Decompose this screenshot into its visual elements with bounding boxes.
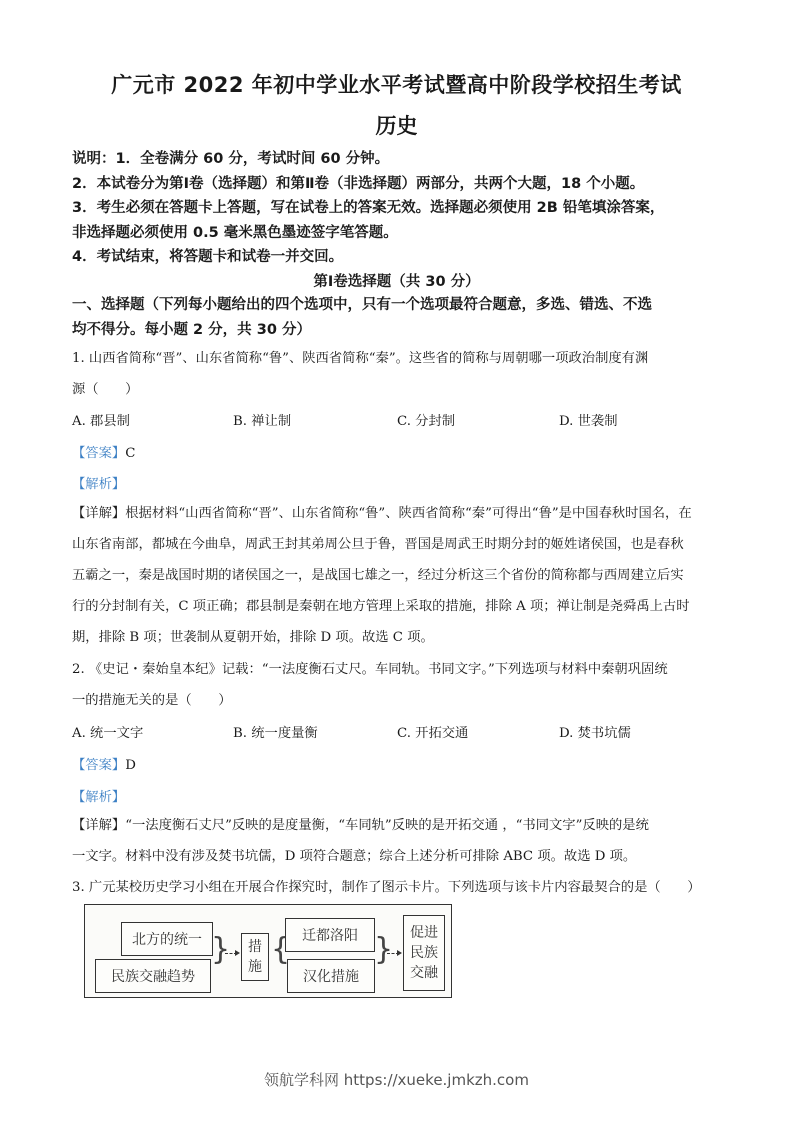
question-1-detail: 【详解】根据材料“山西省简称“晋”、山东省简称“鲁”、陕西省简称“秦”可得出“鲁… <box>72 498 722 653</box>
arrow-icon <box>387 953 399 954</box>
exam-subject: 历史 <box>0 110 793 140</box>
analysis-label: 【解析】 <box>72 477 125 492</box>
question-2-options: A. 统一文字 B. 统一度量衡 C. 开拓交通 D. 焚书坑儒 <box>72 722 732 742</box>
question-2-detail: 【详解】“一法度衡石丈尺”反映的是度量衡，“车同轨”反映的是开拓交通 ，“书同文… <box>72 810 722 872</box>
note-line: 非选择题必须使用 0.5 毫米黑色墨迹签字笔答题。 <box>72 221 664 246</box>
detail-line: 行的分封制有关，C 项正确；郡县制是秦朝在地方管理上采取的措施，排除 A 项；禅… <box>72 591 722 622</box>
diagram-text: 汉化措施 <box>303 966 359 986</box>
brace-icon: } <box>211 935 230 965</box>
detail-line: 山东省南部，都城在今曲阜，周武王封其弟周公旦于鲁，晋国是周武王时期分封的姬姓诸侯… <box>72 529 722 560</box>
diagram-box-northern-unification: 北方的统一 <box>121 922 213 956</box>
note-line: 2．本试卷分为第Ⅰ卷（选择题）和第Ⅱ卷（非选择题）两部分，共两个大题，18 个小… <box>72 172 664 197</box>
brace-icon: } <box>374 935 393 965</box>
detail-line: 【详解】根据材料“山西省简称“晋”、山东省简称“鲁”、陕西省简称“秦”可得出“鲁… <box>72 498 722 529</box>
diagram-box-ethnic-integration-trend: 民族交融趋势 <box>95 959 211 993</box>
detail-line: 期，排除 B 项；世袭制从夏朝开始，排除 D 项。故选 C 项。 <box>72 622 722 653</box>
option-d: D. 焚书坑儒 <box>559 722 631 741</box>
diagram-text: 措 施 <box>248 937 262 977</box>
stem-line: 1. 山西省简称“晋”、山东省简称“鲁”、陕西省简称“秦”。这些省的简称与周朝哪… <box>72 343 722 374</box>
note-line: 4．考试结束，将答题卡和试卷一并交回。 <box>72 245 664 270</box>
exam-page: 广元市 2022 年初中学业水平考试暨高中阶段学校招生考试 历史 说明：1．全卷… <box>0 0 793 1122</box>
diagram-text: 迁都洛阳 <box>302 925 358 945</box>
analysis-label: 【解析】 <box>72 790 125 805</box>
stem-line: 3. 广元某校历史学习小组在开展合作探究时，制作了图示卡片。下列选项与该卡片内容… <box>72 872 722 903</box>
note-line: 说明：1．全卷满分 60 分，考试时间 60 分钟。 <box>72 147 664 172</box>
char: 民族 <box>410 943 438 963</box>
char: 措 <box>248 937 262 957</box>
question-3-diagram: 北方的统一 民族交融趋势 } 措 施 { 迁都洛阳 汉化措施 } 促进 民族 交… <box>84 904 452 998</box>
question-2-analysis-label: 【解析】 <box>72 786 125 805</box>
stem-line: 一的措施无关的是（ ） <box>72 685 722 716</box>
option-c: C. 开拓交通 <box>397 722 468 741</box>
char: 施 <box>248 957 262 977</box>
note-line: 3．考生必须在答题卡上答题，写在试卷上的答案无效。选择题必须使用 2B 铅笔填涂… <box>72 196 664 221</box>
detail-line: 五霸之一，秦是战国时期的诸侯国之一，是战国七雄之一，经过分析这三个省份的简称都与… <box>72 560 722 591</box>
detail-label: 【详解】 <box>72 506 125 521</box>
option-d: D. 世袭制 <box>559 410 618 429</box>
option-a: A. 统一文字 <box>72 722 143 741</box>
question-2-answer: 【答案】D <box>72 754 136 773</box>
detail-line: 一文字。材料中没有涉及焚书坑儒，D 项符合题意；综合上述分析可排除 ABC 项。… <box>72 841 722 872</box>
question-1-options: A. 郡县制 B. 禅让制 C. 分封制 D. 世袭制 <box>72 410 732 430</box>
instruction-line: 一、选择题（下列每小题给出的四个选项中，只有一个选项最符合题意，多选、错选、不选 <box>72 293 652 318</box>
option-c: C. 分封制 <box>397 410 455 429</box>
exam-title: 广元市 2022 年初中学业水平考试暨高中阶段学校招生考试 <box>0 69 793 99</box>
answer-value: D <box>125 758 136 773</box>
option-b: B. 禅让制 <box>233 410 291 429</box>
question-1-stem: 1. 山西省简称“晋”、山东省简称“鲁”、陕西省简称“秦”。这些省的简称与周朝哪… <box>72 343 722 405</box>
instruction-line: 均不得分。每小题 2 分，共 30 分） <box>72 318 652 343</box>
stem-line: 源（ ） <box>72 374 722 405</box>
diagram-text: 促进 民族 交融 <box>410 923 438 983</box>
diagram-box-move-capital: 迁都洛阳 <box>285 918 375 952</box>
char: 促进 <box>410 923 438 943</box>
diagram-box-sinicization: 汉化措施 <box>287 959 375 993</box>
diagram-text: 北方的统一 <box>132 929 202 949</box>
question-1-answer: 【答案】C <box>72 442 135 461</box>
detail-label: 【详解】 <box>72 818 125 833</box>
answer-value: C <box>125 446 135 461</box>
arrow-icon <box>225 953 237 954</box>
answer-label: 【答案】 <box>72 758 125 773</box>
option-b: B. 统一度量衡 <box>233 722 318 741</box>
section-instructions: 一、选择题（下列每小题给出的四个选项中，只有一个选项最符合题意，多选、错选、不选… <box>72 293 652 343</box>
char: 交融 <box>410 963 438 983</box>
diagram-box-measures: 措 施 <box>241 933 269 981</box>
question-2-stem: 2. 《史记・秦始皇本纪》记载：“一法度衡石丈尺。车同轨。书同文字。”下列选项与… <box>72 654 722 716</box>
exam-notes: 说明：1．全卷满分 60 分，考试时间 60 分钟。 2．本试卷分为第Ⅰ卷（选择… <box>72 147 664 270</box>
stem-line: 2. 《史记・秦始皇本纪》记载：“一法度衡石丈尺。车同轨。书同文字。”下列选项与… <box>72 654 722 685</box>
answer-label: 【答案】 <box>72 446 125 461</box>
question-3-stem: 3. 广元某校历史学习小组在开展合作探究时，制作了图示卡片。下列选项与该卡片内容… <box>72 872 722 903</box>
option-a: A. 郡县制 <box>72 410 130 429</box>
footer-watermark: 领航学科网 https://xueke.jmkzh.com <box>0 1069 793 1090</box>
detail-line: 【详解】“一法度衡石丈尺”反映的是度量衡，“车同轨”反映的是开拓交通 ，“书同文… <box>72 810 722 841</box>
detail-text: 根据材料“山西省简称“晋”、山东省简称“鲁”、陕西省简称“秦”可得出“鲁”是中国… <box>125 506 691 521</box>
section-heading: 第Ⅰ卷选择题（共 30 分） <box>0 270 793 291</box>
question-1-analysis-label: 【解析】 <box>72 473 125 492</box>
diagram-box-promote-integration: 促进 民族 交融 <box>403 915 445 991</box>
diagram-text: 民族交融趋势 <box>111 966 195 986</box>
detail-text: “一法度衡石丈尺”反映的是度量衡，“车同轨”反映的是开拓交通 ，“书同文字”反映… <box>125 818 649 833</box>
